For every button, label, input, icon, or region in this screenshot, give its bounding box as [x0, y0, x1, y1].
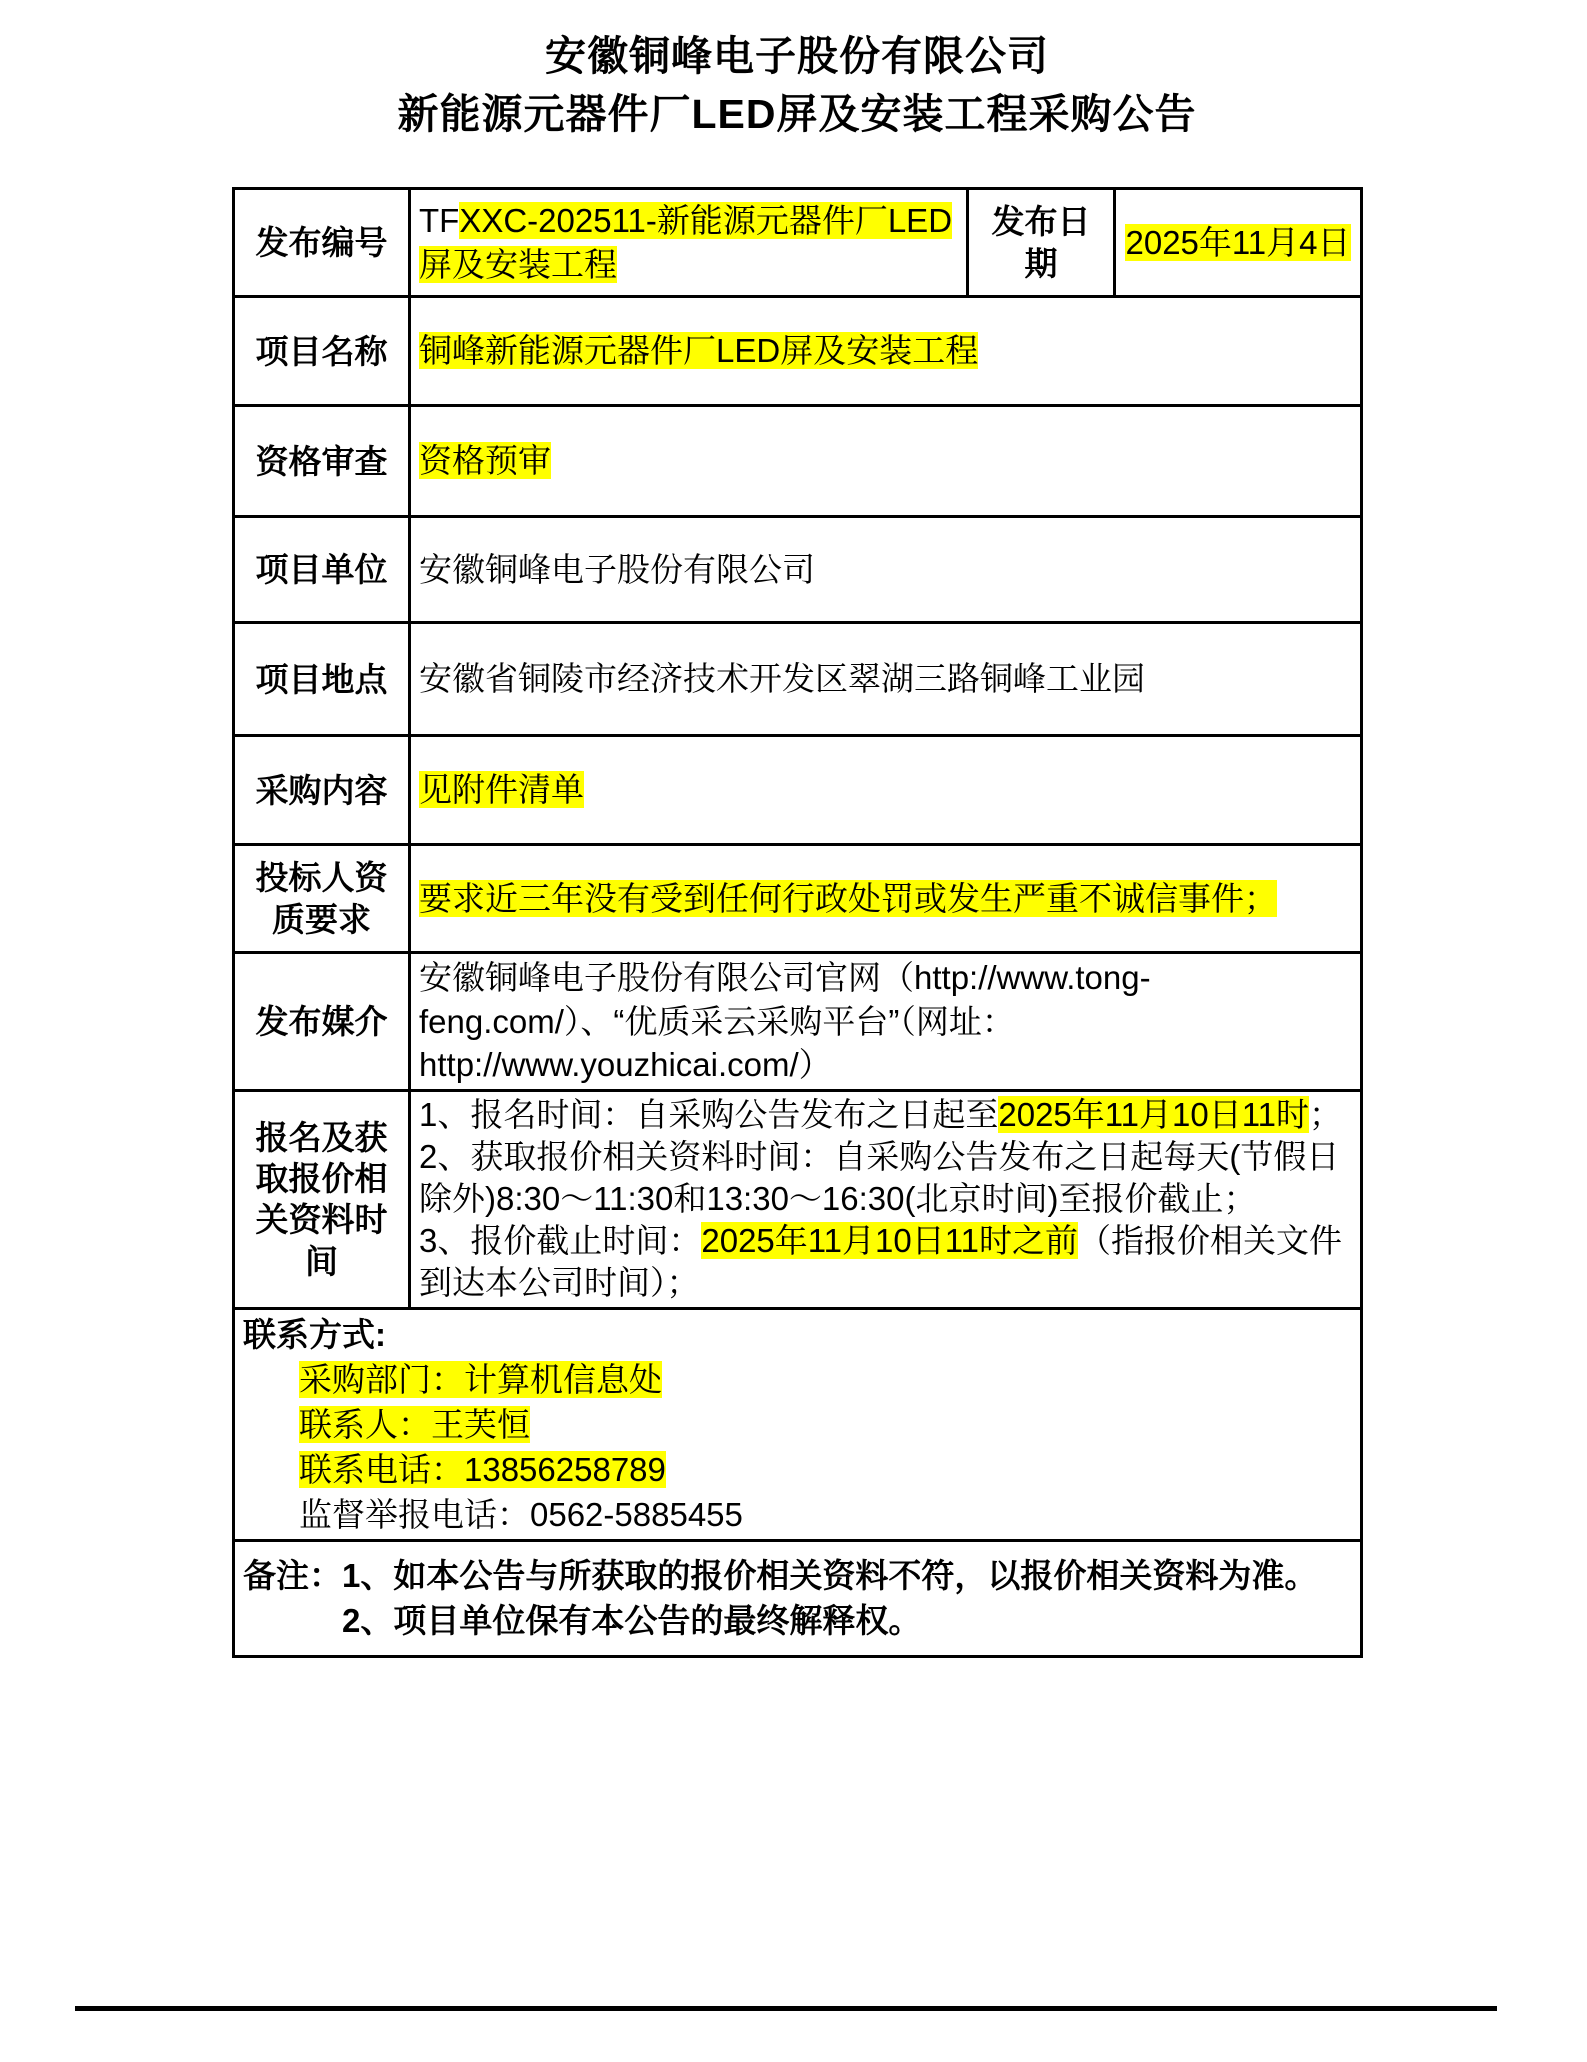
procurement-content-label: 采购内容	[234, 736, 410, 845]
row-publish-media: 发布媒介 安徽铜峰电子股份有限公司官网（http://www.tong-feng…	[234, 953, 1362, 1091]
project-unit-label: 项目单位	[234, 517, 410, 623]
announcement-title: 新能源元器件厂LED屏及安装工程采购公告	[232, 92, 1362, 137]
row-bidder-qualification: 投标人资质要求 要求近三年没有受到任何行政处罚或发生严重不诚信事件；	[234, 845, 1362, 953]
remark-line-2: 2、项目单位保有本公告的最终解释权。	[342, 1598, 1352, 1643]
contact-line-department: 采购部门：计算机信息处	[243, 1357, 1352, 1402]
announcement-document: 安徽铜峰电子股份有限公司 新能源元器件厂LED屏及安装工程采购公告 发布编号 T…	[232, 0, 1362, 1658]
project-location-value: 安徽省铜陵市经济技术开发区翠湖三路铜峰工业园	[410, 623, 1362, 736]
contact-cell: 联系方式: 采购部门：计算机信息处 联系人：王芙恒 联系电话：138562587…	[234, 1308, 1362, 1540]
remark-line-1: 1、如本公告与所获取的报价相关资料不符，以报价相关资料为准。	[342, 1553, 1352, 1598]
announce-no-label: 发布编号	[234, 189, 410, 297]
contact-heading: 联系方式:	[243, 1312, 1352, 1357]
row-remark: 备注： 1、如本公告与所获取的报价相关资料不符，以报价相关资料为准。 2、项目单…	[234, 1540, 1362, 1656]
bidder-qualification-value: 要求近三年没有受到任何行政处罚或发生严重不诚信事件；	[410, 845, 1362, 953]
publish-date-label: 发布日期	[968, 189, 1115, 297]
announcement-table: 发布编号 TFXXC-202511-新能源元器件厂LED屏及安装工程 发布日期 …	[232, 187, 1363, 1658]
remark-cell: 备注： 1、如本公告与所获取的报价相关资料不符，以报价相关资料为准。 2、项目单…	[234, 1540, 1362, 1656]
schedule-value: 1、报名时间：自采购公告发布之日起至2025年11月10日11时； 2、获取报价…	[410, 1090, 1362, 1308]
row-project-name: 项目名称 铜峰新能源元器件厂LED屏及安装工程	[234, 297, 1362, 406]
procurement-content-value: 见附件清单	[410, 736, 1362, 845]
row-contact: 联系方式: 采购部门：计算机信息处 联系人：王芙恒 联系电话：138562587…	[234, 1308, 1362, 1540]
schedule-label: 报名及获取报价相关资料时间	[234, 1090, 410, 1308]
publish-media-value: 安徽铜峰电子股份有限公司官网（http://www.tong-feng.com/…	[410, 953, 1362, 1091]
project-name-label: 项目名称	[234, 297, 410, 406]
contact-line-phone: 联系电话：13856258789	[243, 1447, 1352, 1492]
company-title: 安徽铜峰电子股份有限公司	[232, 34, 1362, 79]
remark-prefix: 备注：	[243, 1553, 342, 1643]
publish-media-label: 发布媒介	[234, 953, 410, 1091]
row-project-unit: 项目单位 安徽铜峰电子股份有限公司	[234, 517, 1362, 623]
row-qualification: 资格审查 资格预审	[234, 406, 1362, 517]
qualification-label: 资格审查	[234, 406, 410, 517]
row-procurement-content: 采购内容 见附件清单	[234, 736, 1362, 845]
publish-date-value: 2025年11月4日	[1115, 189, 1362, 297]
footer-divider	[75, 2006, 1497, 2011]
qualification-value: 资格预审	[410, 406, 1362, 517]
bidder-qualification-label: 投标人资质要求	[234, 845, 410, 953]
contact-line-person: 联系人：王芙恒	[243, 1402, 1352, 1447]
announce-no-value: TFXXC-202511-新能源元器件厂LED屏及安装工程	[410, 189, 968, 297]
contact-line-report-phone: 监督举报电话：0562-5885455	[243, 1492, 1352, 1537]
project-name-value: 铜峰新能源元器件厂LED屏及安装工程	[410, 297, 1362, 406]
row-announce-no: 发布编号 TFXXC-202511-新能源元器件厂LED屏及安装工程 发布日期 …	[234, 189, 1362, 297]
project-location-label: 项目地点	[234, 623, 410, 736]
row-project-location: 项目地点 安徽省铜陵市经济技术开发区翠湖三路铜峰工业园	[234, 623, 1362, 736]
row-schedule: 报名及获取报价相关资料时间 1、报名时间：自采购公告发布之日起至2025年11月…	[234, 1090, 1362, 1308]
project-unit-value: 安徽铜峰电子股份有限公司	[410, 517, 1362, 623]
